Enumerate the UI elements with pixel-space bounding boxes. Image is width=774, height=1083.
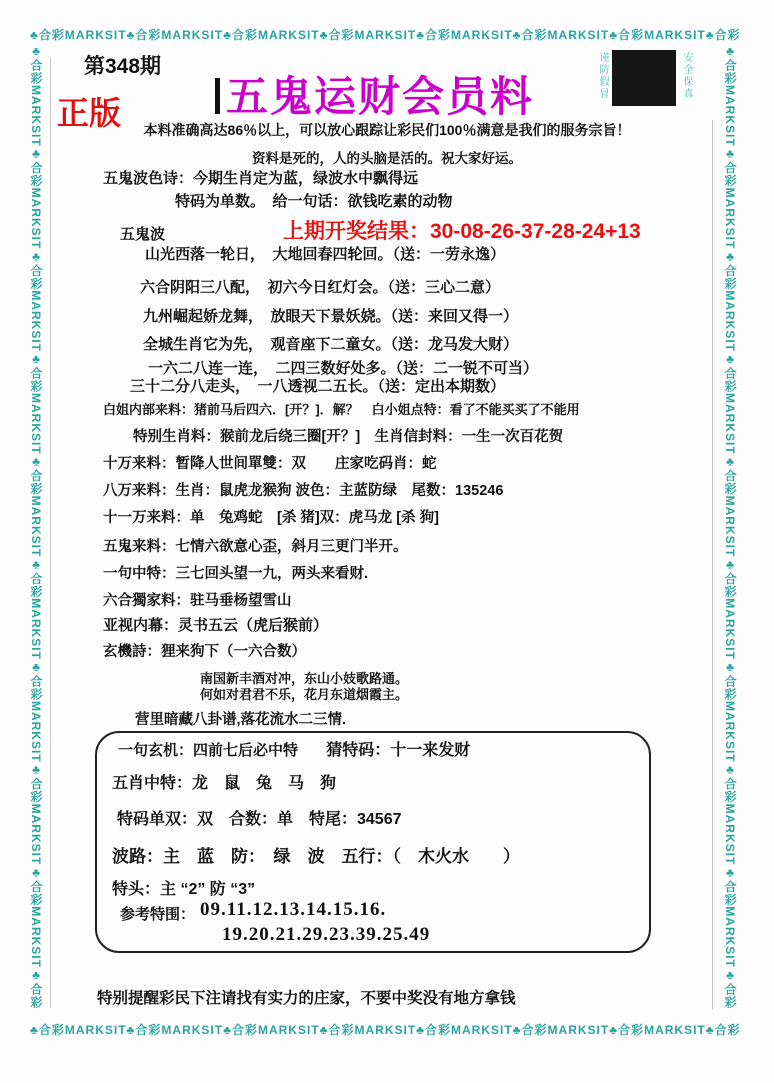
section-label: 五鬼波 (120, 223, 165, 244)
box-special-head: 特头：主 “2” 防 “3” (112, 876, 255, 899)
material-line: 特别生肖料：猴前龙后绕三圈[开？] 生肖信封料：一生一次百花贺 (133, 425, 563, 446)
accuracy-tagline: 本料准确高达86％以上，可以放心跟踪让彩民们100％满意是我们的服务宗旨！ (60, 120, 714, 140)
footer-reminder: 特别提醒彩民下注请找有实力的庄家，不要中奖没有地方拿钱 (97, 986, 516, 1008)
box-ref-numbers-row1: 09.11.12.13.14.15.16. (200, 899, 386, 921)
box-wave-path: 波路：主 蓝 防： 绿 波 五行：（ 木火水 ） (112, 842, 520, 867)
page-edge-left (50, 58, 51, 1008)
title-tick-bar (215, 78, 220, 114)
border-right: ♣合彩MARKSIT♣合彩MARKSIT♣合彩MARKSIT♣合彩MARKSIT… (722, 44, 738, 1024)
material-line: 六合獨家料：驻马垂杨望雪山 (103, 589, 292, 610)
poem-line: 山光西落一轮日， 大地回春四轮回。（送：一劳永逸） (145, 243, 505, 264)
box-odd-even: 特码单双：双 合数：单 特尾：34567 (117, 806, 402, 829)
box-guess-special: 猜特码：十一来发财 (326, 742, 470, 759)
material-line: 亚视内幕：灵书五云（虎后猴前） (103, 614, 328, 635)
stamp-left-text: 谨防假冒 (597, 52, 608, 100)
material-line: 玄機詩：狸来狗下（一六合数） (103, 640, 306, 661)
box-ref-numbers-row2: 19.20.21.29.23.39.25.49 (222, 924, 430, 946)
closing-line: 营里暗藏八卦谱,落花流水二三情. (135, 708, 346, 729)
box-five-zodiac: 五肖中特：龙 鼠 兔 马 狗 (112, 770, 336, 793)
lottery-tip-sheet: ♣合彩MARKSIT♣合彩MARKSIT♣合彩MARKSIT♣合彩MARKSIT… (0, 0, 774, 1083)
material-line: 十一万来料：单 兔鸡蛇 [杀 猪]双：虎马龙 [杀 狗] (103, 506, 439, 527)
wave-poem-line1: 五鬼波色诗：今期生肖定为蓝，绿波水中飘得远 (103, 167, 418, 188)
poem-line: 全城生肖它为先， 观音座下二童女。（送：龙马发大财） (143, 333, 518, 354)
material-line: 五鬼来料：七情六欲意心歪，斜月三更门半开。 (103, 535, 408, 556)
goodluck-tagline: 资料是死的，人的头脑是活的。祝大家好运。 (60, 147, 714, 167)
material-line: 八万来料：生肖：鼠虎龙猴狗 波色：主蓝防绿 尾数：135246 (103, 479, 503, 500)
stamp-right-text: 安全保真 (681, 52, 692, 100)
poem-line: 六合阴阳三八配， 初六今日红灯会。（送：三心二意） (140, 276, 500, 297)
couplet-line: 何如对君君不乐，花月东道烟霞主。 (200, 684, 408, 703)
page-edge-right (712, 120, 713, 1010)
box-mystery-line: 一句玄机：四前七后必中特 猜特码：十一来发财 (118, 737, 470, 760)
wave-poem-line2: 特码为单数。 给一句话：欲钱吃素的动物 (175, 190, 453, 211)
page-title: 五鬼运财会员料 (226, 64, 534, 124)
border-left: ♣合彩MARKSIT♣合彩MARKSIT♣合彩MARKSIT♣合彩MARKSIT… (28, 44, 44, 1024)
box-ref-label: 参考特围： (120, 903, 195, 924)
material-line: 十万来料：暂降人世间單雙：双 庄家吃码肖：蛇 (103, 452, 437, 473)
material-line: 一句中特：三七回头望一九，两头来看财. (103, 562, 368, 583)
poem-line: 三十二分八走头， 一八透视二五长。（送：定出本期数） (130, 375, 505, 396)
border-bottom: ♣合彩MARKSIT♣合彩MARKSIT♣合彩MARKSIT♣合彩MARKSIT… (30, 1022, 744, 1038)
poem-line: 九州崛起娇龙舞， 放眼天下景妖娆。（送：来回又得一） (143, 305, 518, 326)
issue-number: 第348期 (84, 50, 161, 80)
material-line: 白姐内部来料：猪前马后四六．[开？]．解？ 白小姐点特：看了不能买买了不能用 (103, 399, 580, 418)
border-top: ♣合彩MARKSIT♣合彩MARKSIT♣合彩MARKSIT♣合彩MARKSIT… (30, 27, 744, 43)
anti-fake-stamp (612, 50, 676, 106)
box-mystery-text: 一句玄机：四前七后必中特 (118, 742, 298, 759)
last-draw-result: 上期开奖结果：30-08-26-37-28-24+13 (283, 215, 641, 245)
